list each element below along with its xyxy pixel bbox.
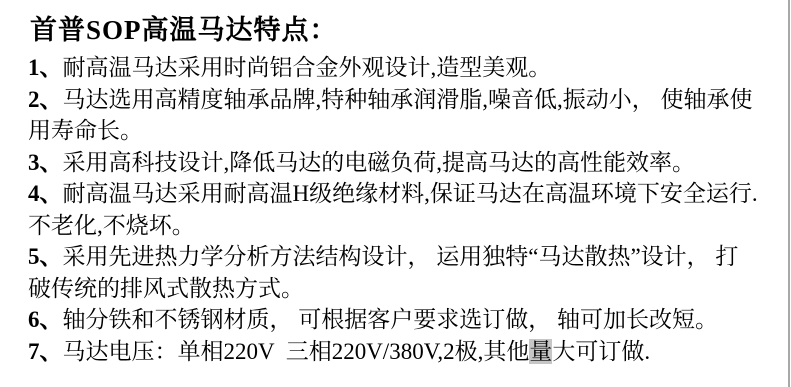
feature-number: 3、 bbox=[28, 150, 63, 175]
feature-item: 2、马达选用高精度轴承品牌,特种轴承润滑脂,噪音低,振动小， 使轴承使用寿命长。 bbox=[28, 84, 759, 147]
feature-number: 6、 bbox=[28, 307, 63, 332]
feature-number: 4、 bbox=[28, 181, 63, 206]
feature-text: 耐高温马达采用耐高温H级绝缘材料,保证马达在高温环境下安全运行. 不老化,不烧坏… bbox=[28, 181, 763, 238]
feature-item: 5、采用先进热力学分析方法结构设计， 运用独特“马达散热”设计， 打破传统的排风… bbox=[28, 241, 759, 304]
feature-text: 采用先进热力学分析方法结构设计， 运用独特“马达散热”设计， 打破传统的排风式散… bbox=[28, 244, 738, 301]
feature-number: 2、 bbox=[28, 87, 63, 112]
feature-text: 马达选用高精度轴承品牌,特种轴承润滑脂,噪音低,振动小， 使轴承使用寿命长。 bbox=[28, 87, 753, 144]
feature-item: 4、耐高温马达采用耐高温H级绝缘材料,保证马达在高温环境下安全运行. 不老化,不… bbox=[28, 178, 759, 241]
feature-number: 1、 bbox=[28, 55, 63, 80]
right-border-line bbox=[788, 0, 790, 387]
feature-number: 7、 bbox=[28, 339, 63, 364]
feature-text: 采用高科技设计,降低马达的电磁负荷,提高马达的高性能效率。 bbox=[63, 150, 696, 175]
feature-item: 7、马达电压：单相220V 三相220V/380V,2极,其他量大可订做. bbox=[28, 336, 759, 368]
feature-text: 轴分铁和不锈钢材质， 可根据客户要求选订做， 轴可加长改短。 bbox=[63, 307, 719, 332]
feature-text: 马达电压：单相220V 三相220V/380V,2极,其他 bbox=[63, 339, 530, 364]
highlighted-text: 量 bbox=[529, 339, 552, 364]
feature-item: 1、耐高温马达采用时尚铝合金外观设计,造型美观。 bbox=[28, 52, 759, 84]
feature-text: 大可订做. bbox=[552, 339, 650, 364]
feature-number: 5、 bbox=[28, 244, 63, 269]
feature-text: 耐高温马达采用时尚铝合金外观设计,造型美观。 bbox=[63, 55, 552, 80]
feature-list: 1、耐高温马达采用时尚铝合金外观设计,造型美观。2、马达选用高精度轴承品牌,特种… bbox=[28, 52, 759, 367]
document: 首普SOP高温马达特点： 1、耐高温马达采用时尚铝合金外观设计,造型美观。2、马… bbox=[0, 0, 791, 387]
page-title: 首普SOP高温马达特点： bbox=[30, 13, 759, 47]
feature-item: 3、采用高科技设计,降低马达的电磁负荷,提高马达的高性能效率。 bbox=[28, 147, 759, 179]
feature-item: 6、轴分铁和不锈钢材质， 可根据客户要求选订做， 轴可加长改短。 bbox=[28, 304, 759, 336]
